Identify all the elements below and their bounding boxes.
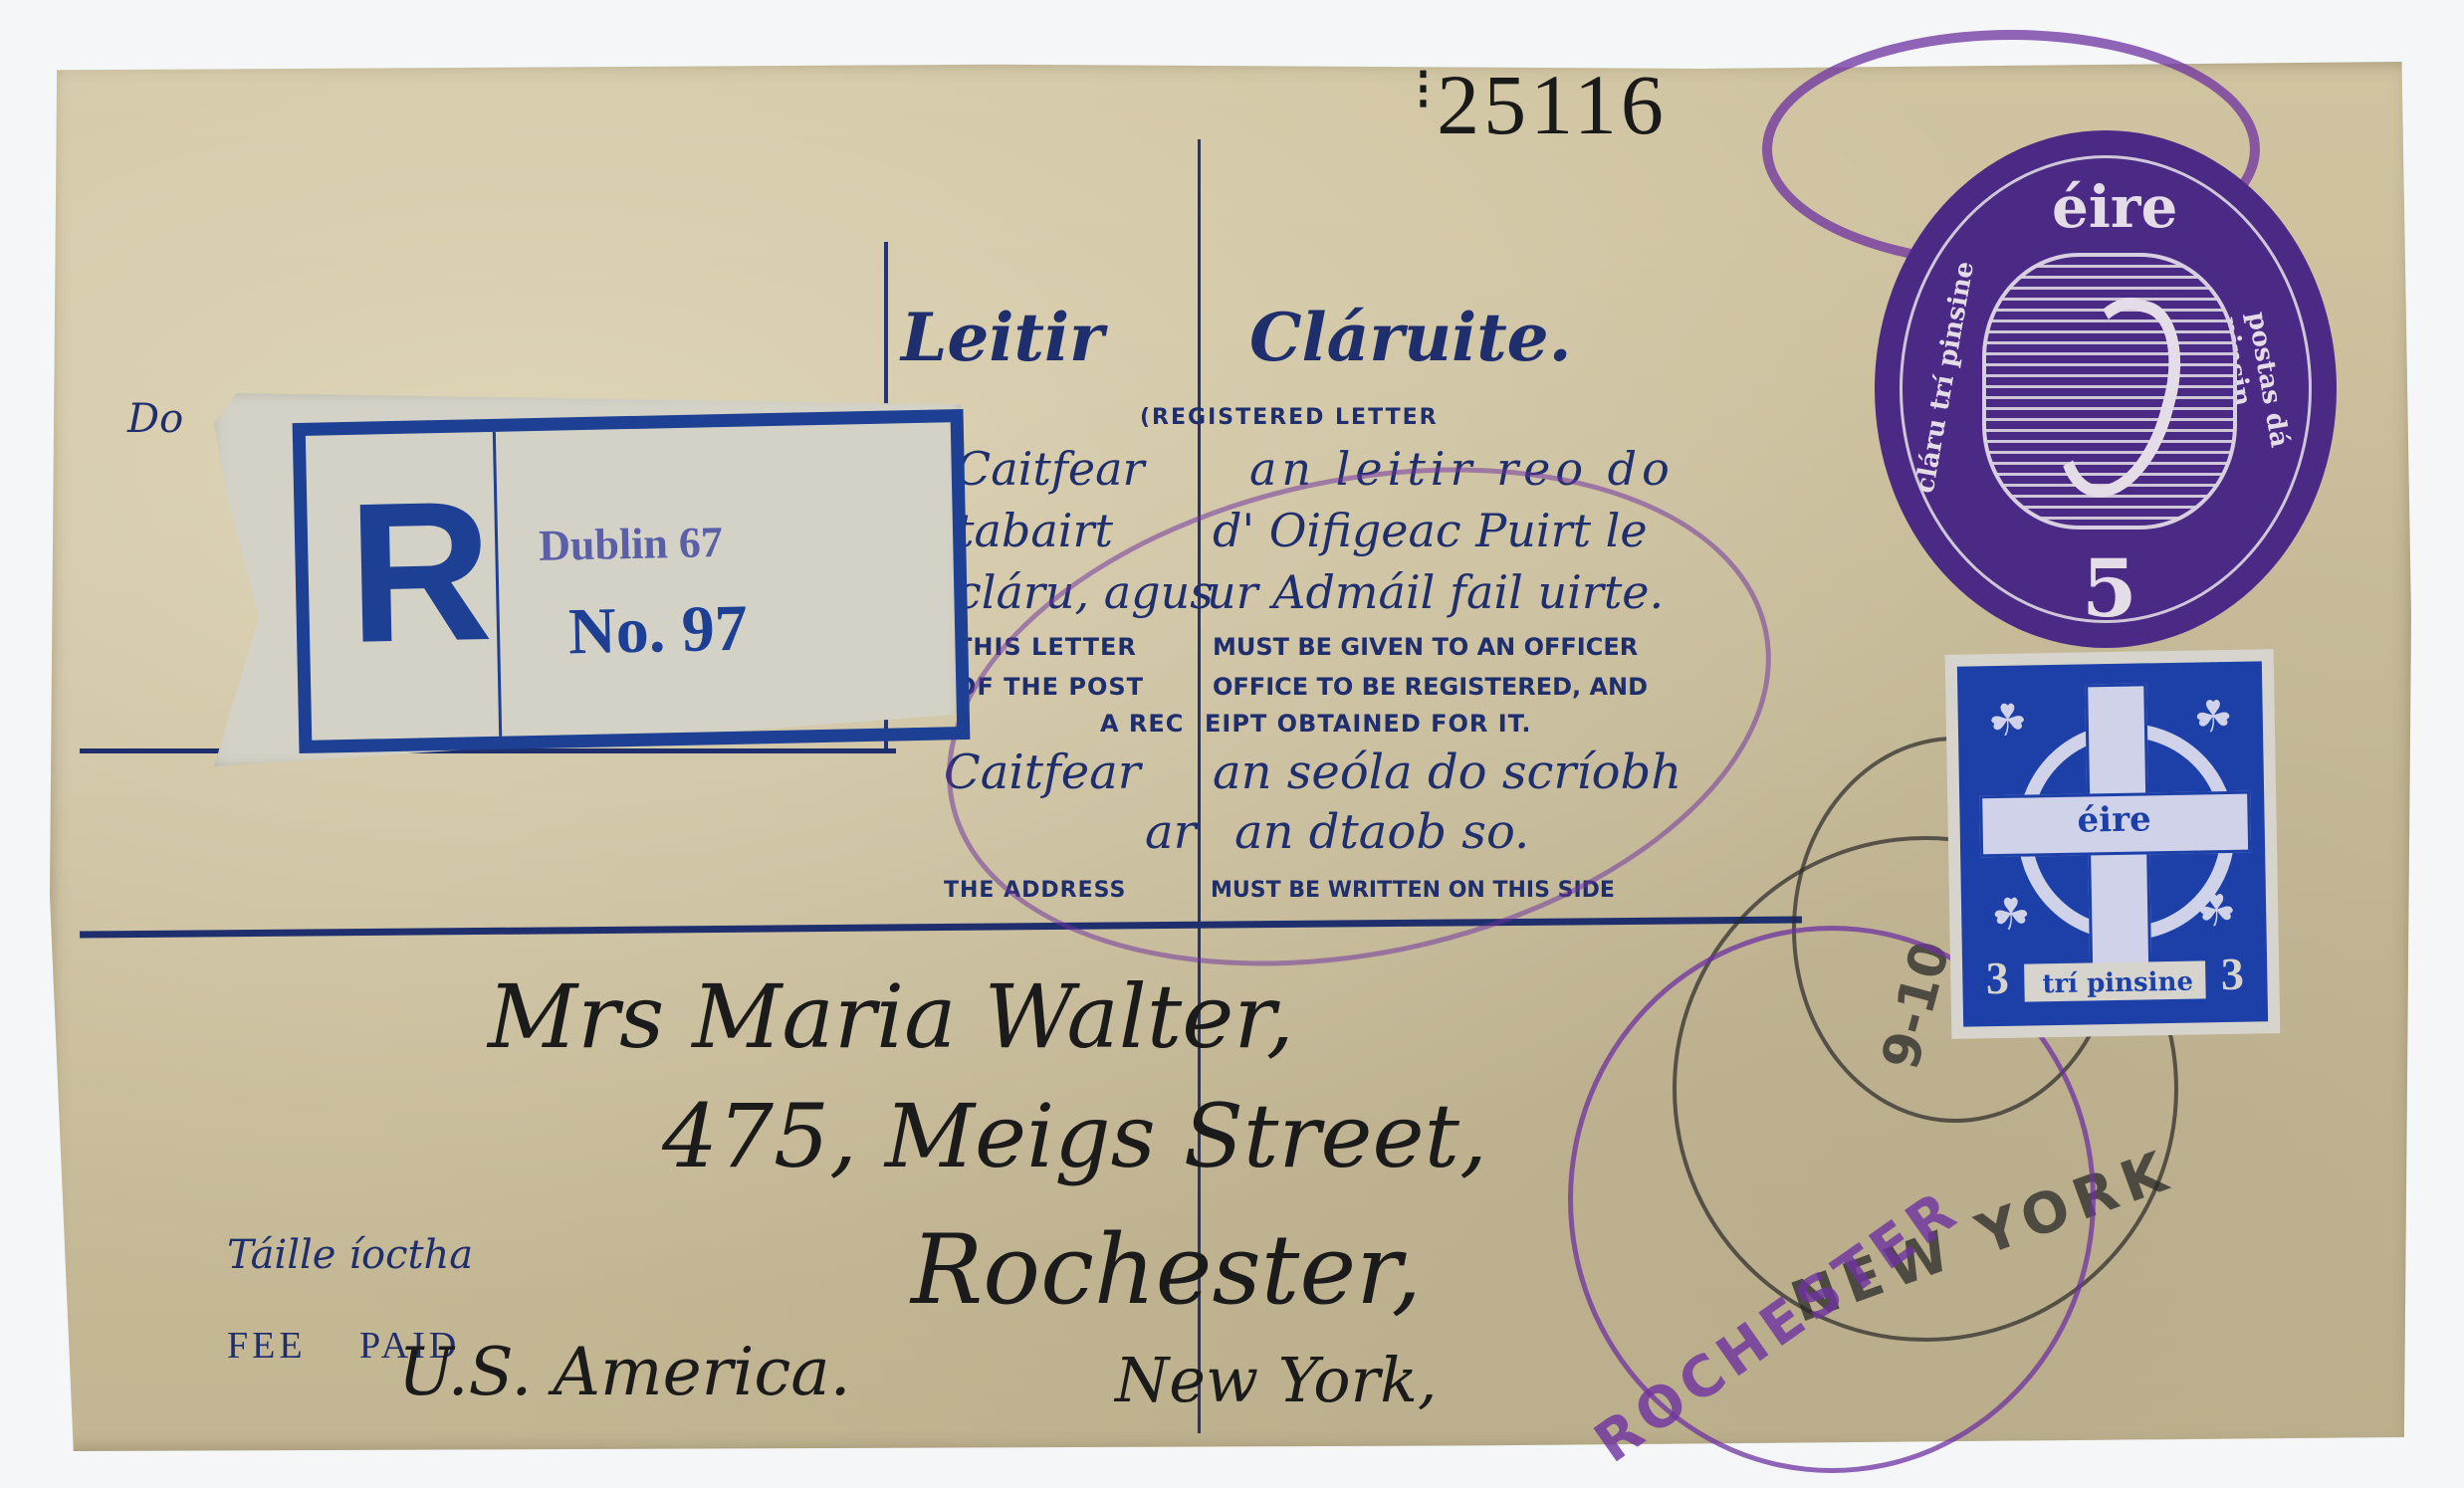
stamp-frame: éire ☘ ☘ ☘ ☘ trí pinsine 3 3 [1957, 661, 2268, 1026]
address-line-street: 475, Meigs Street, [662, 1085, 1487, 1187]
stamp-denomination-text: trí pinsine [2042, 967, 2193, 1000]
address-line-name: Mrs Maria Walter, [488, 965, 1294, 1068]
shamrock-icon: ☘ [2193, 692, 2233, 744]
shamrock-icon: ☘ [2196, 886, 2236, 938]
stamp-value-right: 3 [2209, 947, 2256, 1003]
stamp-value: 5 [2082, 541, 2137, 635]
serial-number: ⁝25116 [1414, 55, 1668, 154]
stamp-value-left: 3 [1974, 951, 2021, 1007]
title-english: (REGISTERED LETTER [1140, 405, 1439, 430]
stamp-medallion [1982, 253, 2237, 530]
label-divider [493, 432, 502, 737]
title-irish-right: Cláruite. [1249, 299, 1572, 376]
harp-icon [2037, 286, 2199, 512]
registration-number: No. 97 [567, 591, 748, 671]
address-line-city: Rochester, [911, 1214, 1422, 1326]
title-irish-left: Leitir [901, 299, 1104, 376]
registration-label: R Dublin 67 No. 97 [293, 409, 971, 753]
stamp-adhesive-3: éire ☘ ☘ ☘ ☘ trí pinsine 3 3 [1945, 649, 2281, 1039]
shamrock-icon: ☘ [1987, 695, 2027, 746]
irish-line-2-left: tabairt [956, 504, 1113, 557]
fee-irish: Táille íoctha [227, 1232, 473, 1278]
irish-line-1-left: Caitfear [956, 442, 1144, 496]
addressee-prefix: Do [127, 396, 183, 442]
stamp-country: éire [2052, 173, 2177, 241]
address-country: U.S. America. [398, 1334, 851, 1410]
stamp-country-3d: éire [2077, 799, 2151, 840]
shamrock-icon: ☘ [1991, 889, 2031, 941]
registration-r: R [346, 472, 495, 674]
address-line-state: New York, [1115, 1344, 1438, 1416]
registration-office: Dublin 67 [539, 517, 724, 571]
stamp-embossed-5: éire cláru trí pinsine postas dá pinsin … [1878, 133, 2334, 645]
